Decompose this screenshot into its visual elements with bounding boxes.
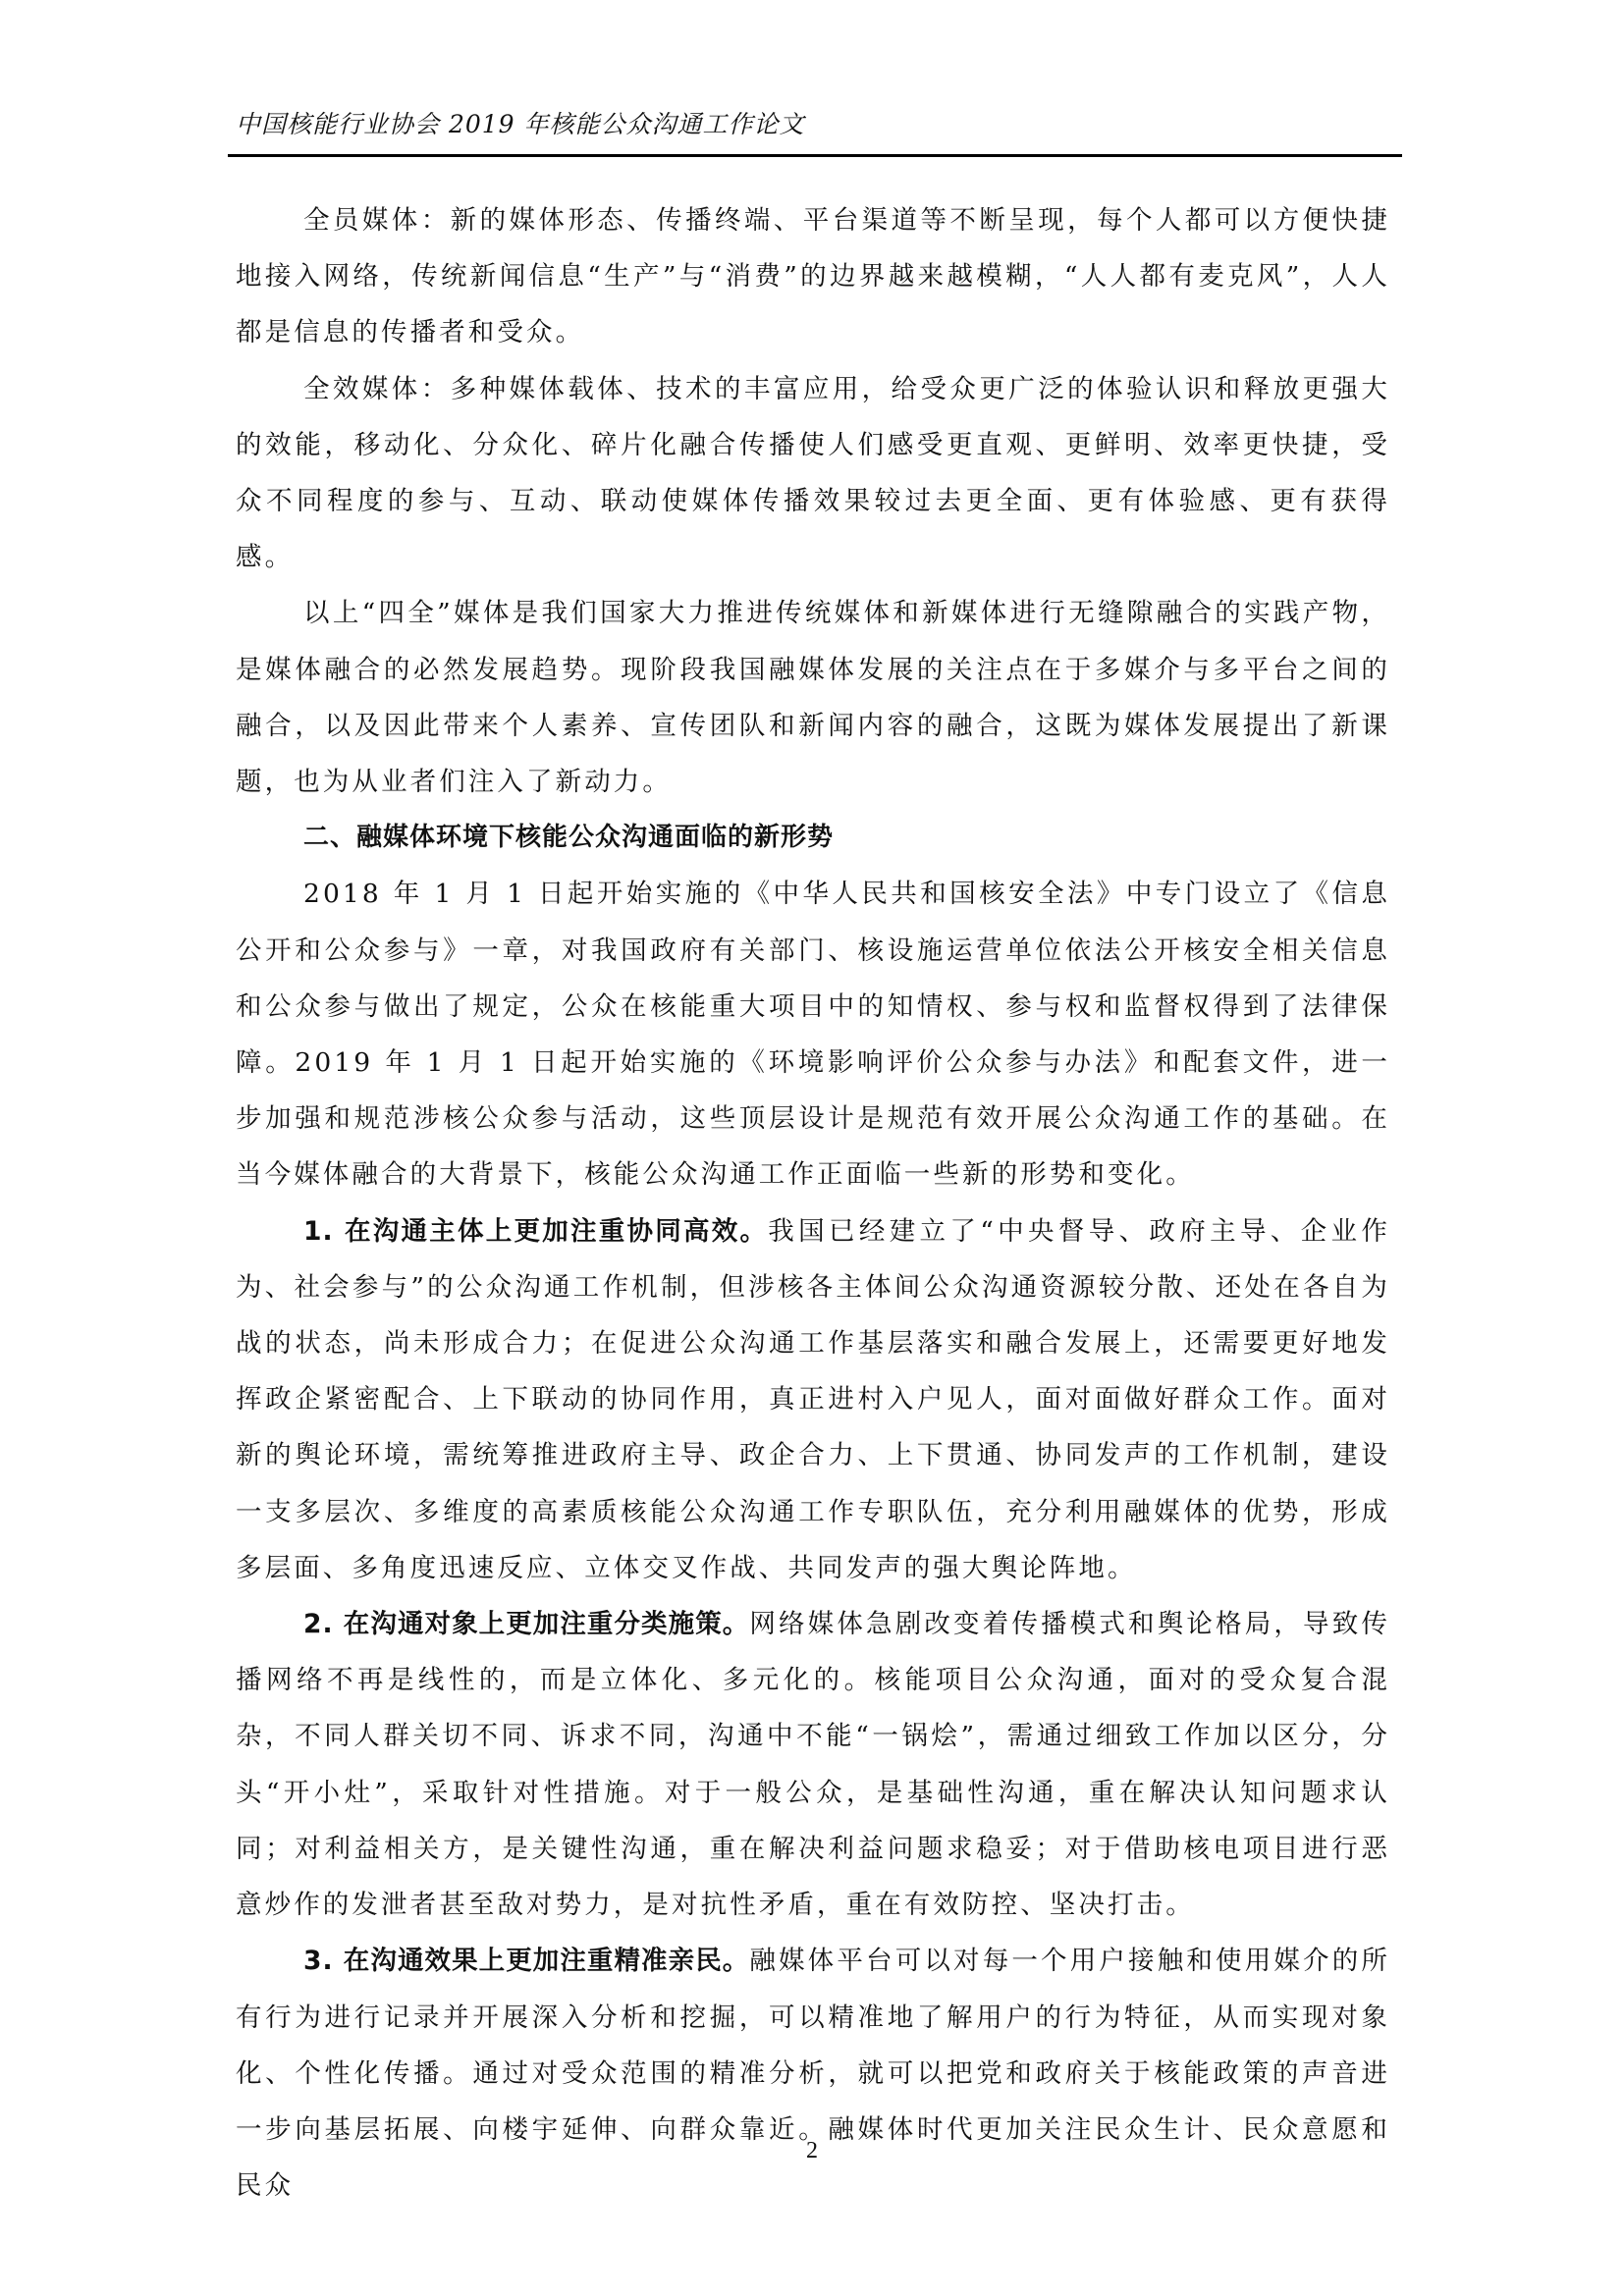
document-body: 全员媒体：新的媒体形态、传播终端、平台渠道等不断呈现，每个人都可以方便快捷地接入… <box>236 192 1390 2214</box>
running-header: 中国核能行业协会 2019 年核能公众沟通工作论文 <box>236 108 1406 141</box>
point-2-lead: 2. 在沟通对象上更加注重分类施策。 <box>303 1609 749 1639</box>
header-divider <box>228 154 1402 157</box>
point-1-lead: 1. 在沟通主体上更加注重协同高效。 <box>303 1216 768 1247</box>
point-2-text: 网络媒体急剧改变着传播模式和舆论格局，导致传播网络不再是线性的，而是立体化、多元… <box>236 1609 1390 1920</box>
paragraph-all-effect-media: 全效媒体：多种媒体载体、技术的丰富应用，给受众更广泛的体验认识和释放更强大的效能… <box>236 361 1390 586</box>
paragraph-point-1: 1. 在沟通主体上更加注重协同高效。我国已经建立了“中央督导、政府主导、企业作为… <box>236 1203 1390 1596</box>
paragraph-four-all-media: 以上“四全”媒体是我们国家大力推进传统媒体和新媒体进行无缝隙融合的实践产物，是媒… <box>236 585 1390 810</box>
paragraph-point-2: 2. 在沟通对象上更加注重分类施策。网络媒体急剧改变着传播模式和舆论格局，导致传… <box>236 1596 1390 1933</box>
section-heading: 二、融媒体环境下核能公众沟通面临的新形势 <box>236 810 1390 866</box>
paragraph-nuclear-safety-law: 2018 年 1 月 1 日起开始实施的《中华人民共和国核安全法》中专门设立了《… <box>236 866 1390 1202</box>
paragraph-point-3: 3. 在沟通效果上更加注重精准亲民。融媒体平台可以对每一个用户接触和使用媒介的所… <box>236 1933 1390 2214</box>
paragraph-all-staff-media: 全员媒体：新的媒体形态、传播终端、平台渠道等不断呈现，每个人都可以方便快捷地接入… <box>236 192 1390 361</box>
point-3-lead: 3. 在沟通效果上更加注重精准亲民。 <box>303 1946 749 1976</box>
point-1-text: 我国已经建立了“中央督导、政府主导、企业作为、社会参与”的公众沟通工作机制，但涉… <box>236 1216 1390 1583</box>
header-title: 中国核能行业协会 2019 年核能公众沟通工作论文 <box>236 108 1406 141</box>
page-number: 2 <box>0 2138 1624 2164</box>
